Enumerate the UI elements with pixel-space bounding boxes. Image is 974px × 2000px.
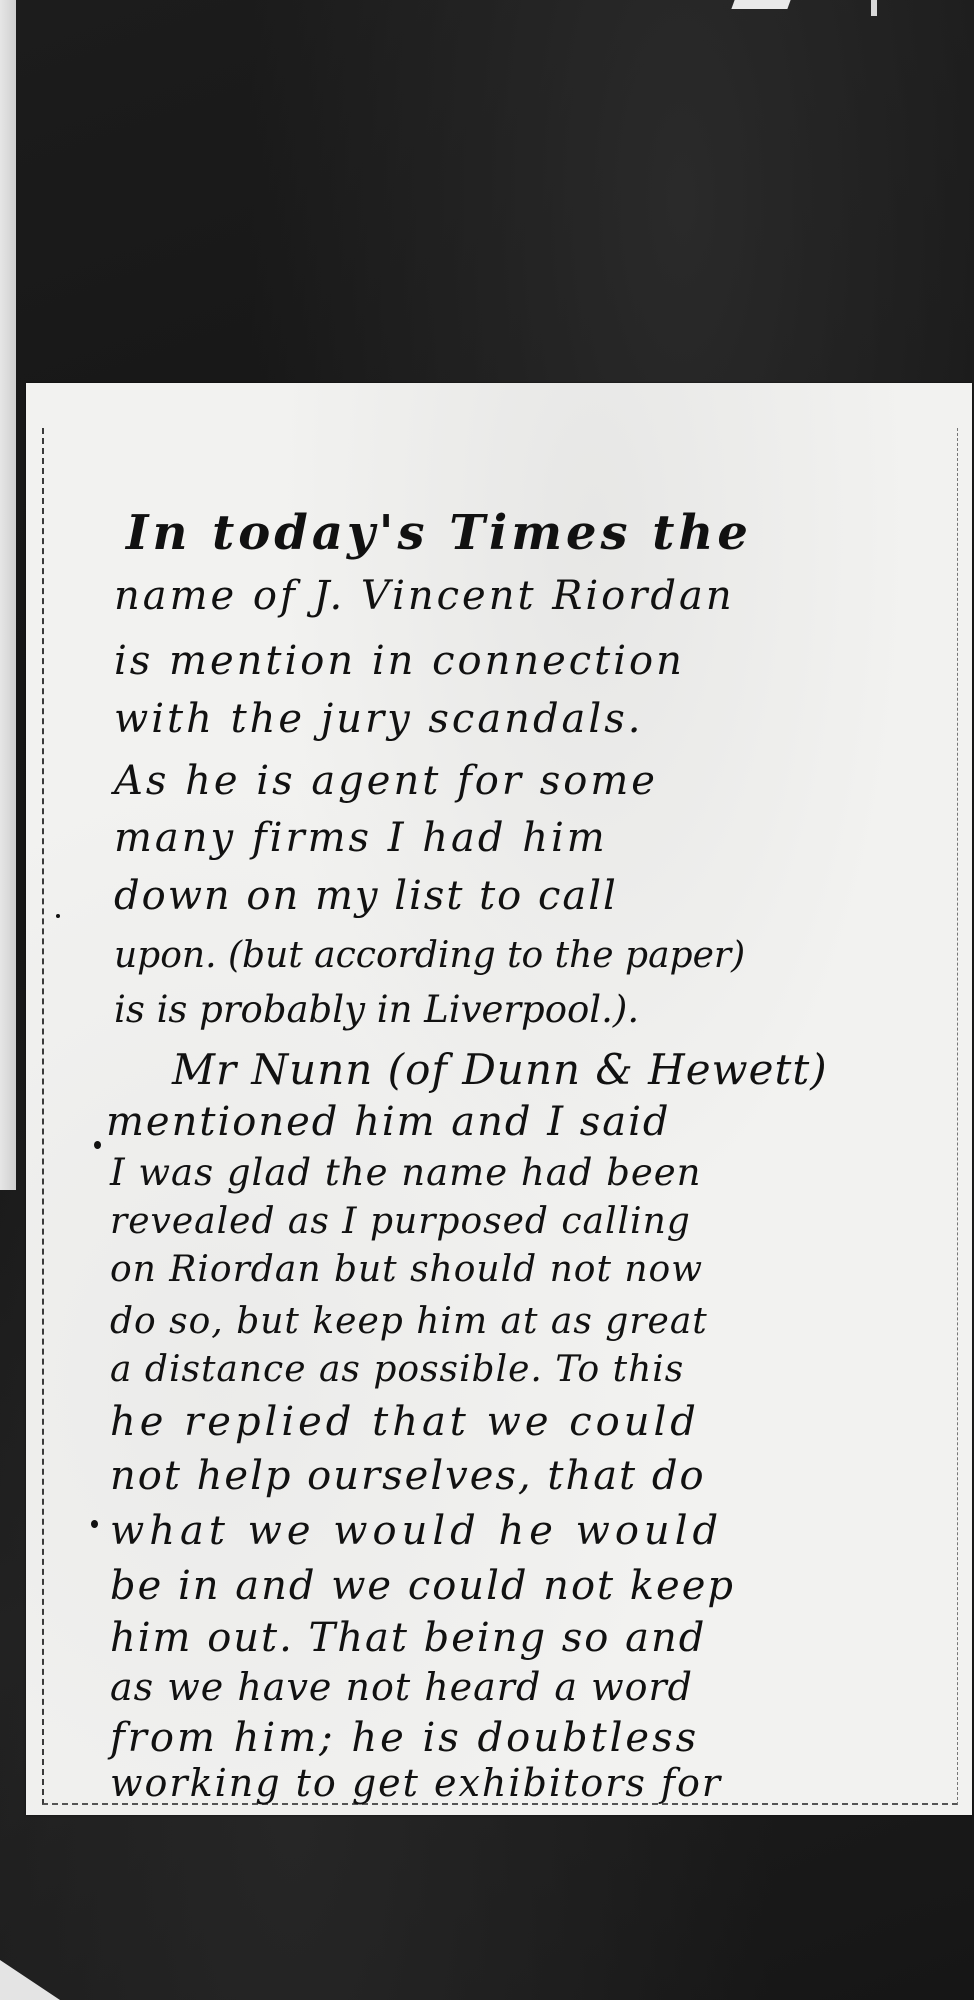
left-edge-paper-strip <box>0 0 16 1190</box>
text-line: As he is agent for some <box>114 758 658 804</box>
text-line: a distance as possible. To this <box>110 1349 684 1390</box>
letter-page: In today's Times the name of J. Vincent … <box>26 383 972 1815</box>
text-line: working to get exhibitors for <box>110 1761 722 1805</box>
text-line: be in and we could not keep <box>110 1563 735 1609</box>
text-line: down on my list to call <box>114 873 618 919</box>
text-line: is is probably in Liverpool.). <box>114 988 639 1031</box>
text-line: he replied that we could <box>110 1399 700 1445</box>
text-line: with the jury scandals. <box>114 696 643 742</box>
text-line: what we would he would <box>110 1508 723 1554</box>
text-line: do so, but keep him at as great <box>110 1301 708 1342</box>
margin-mark <box>91 1520 98 1528</box>
text-line: on Riordan but should not now <box>110 1249 703 1290</box>
text-line: many firms I had him <box>114 815 608 861</box>
text-line: I was glad the name had been <box>110 1151 702 1194</box>
bottom-left-corner-fold <box>0 1960 60 2000</box>
text-line: not help ourselves, that do <box>110 1453 706 1499</box>
top-paper-scrap-small <box>871 0 877 16</box>
text-line: Mr Nunn (of Dunn & Hewett) <box>172 1045 828 1094</box>
text-line: name of J. Vincent Riordan <box>114 573 735 619</box>
text-line: In today's Times the <box>126 505 752 561</box>
text-line: is mention in connection <box>114 638 685 684</box>
text-line: upon. (but according to the paper) <box>114 935 745 976</box>
text-line: from him; he is doubtless <box>110 1715 699 1761</box>
margin-mark <box>94 1141 101 1149</box>
text-line: mentioned him and I said <box>106 1099 670 1145</box>
text-line: revealed as I purposed calling <box>110 1201 691 1242</box>
margin-mark <box>56 914 60 918</box>
top-paper-scrap <box>731 0 790 9</box>
text-line: him out. That being so and <box>110 1615 706 1661</box>
text-line: as we have not heard a word <box>110 1665 693 1709</box>
